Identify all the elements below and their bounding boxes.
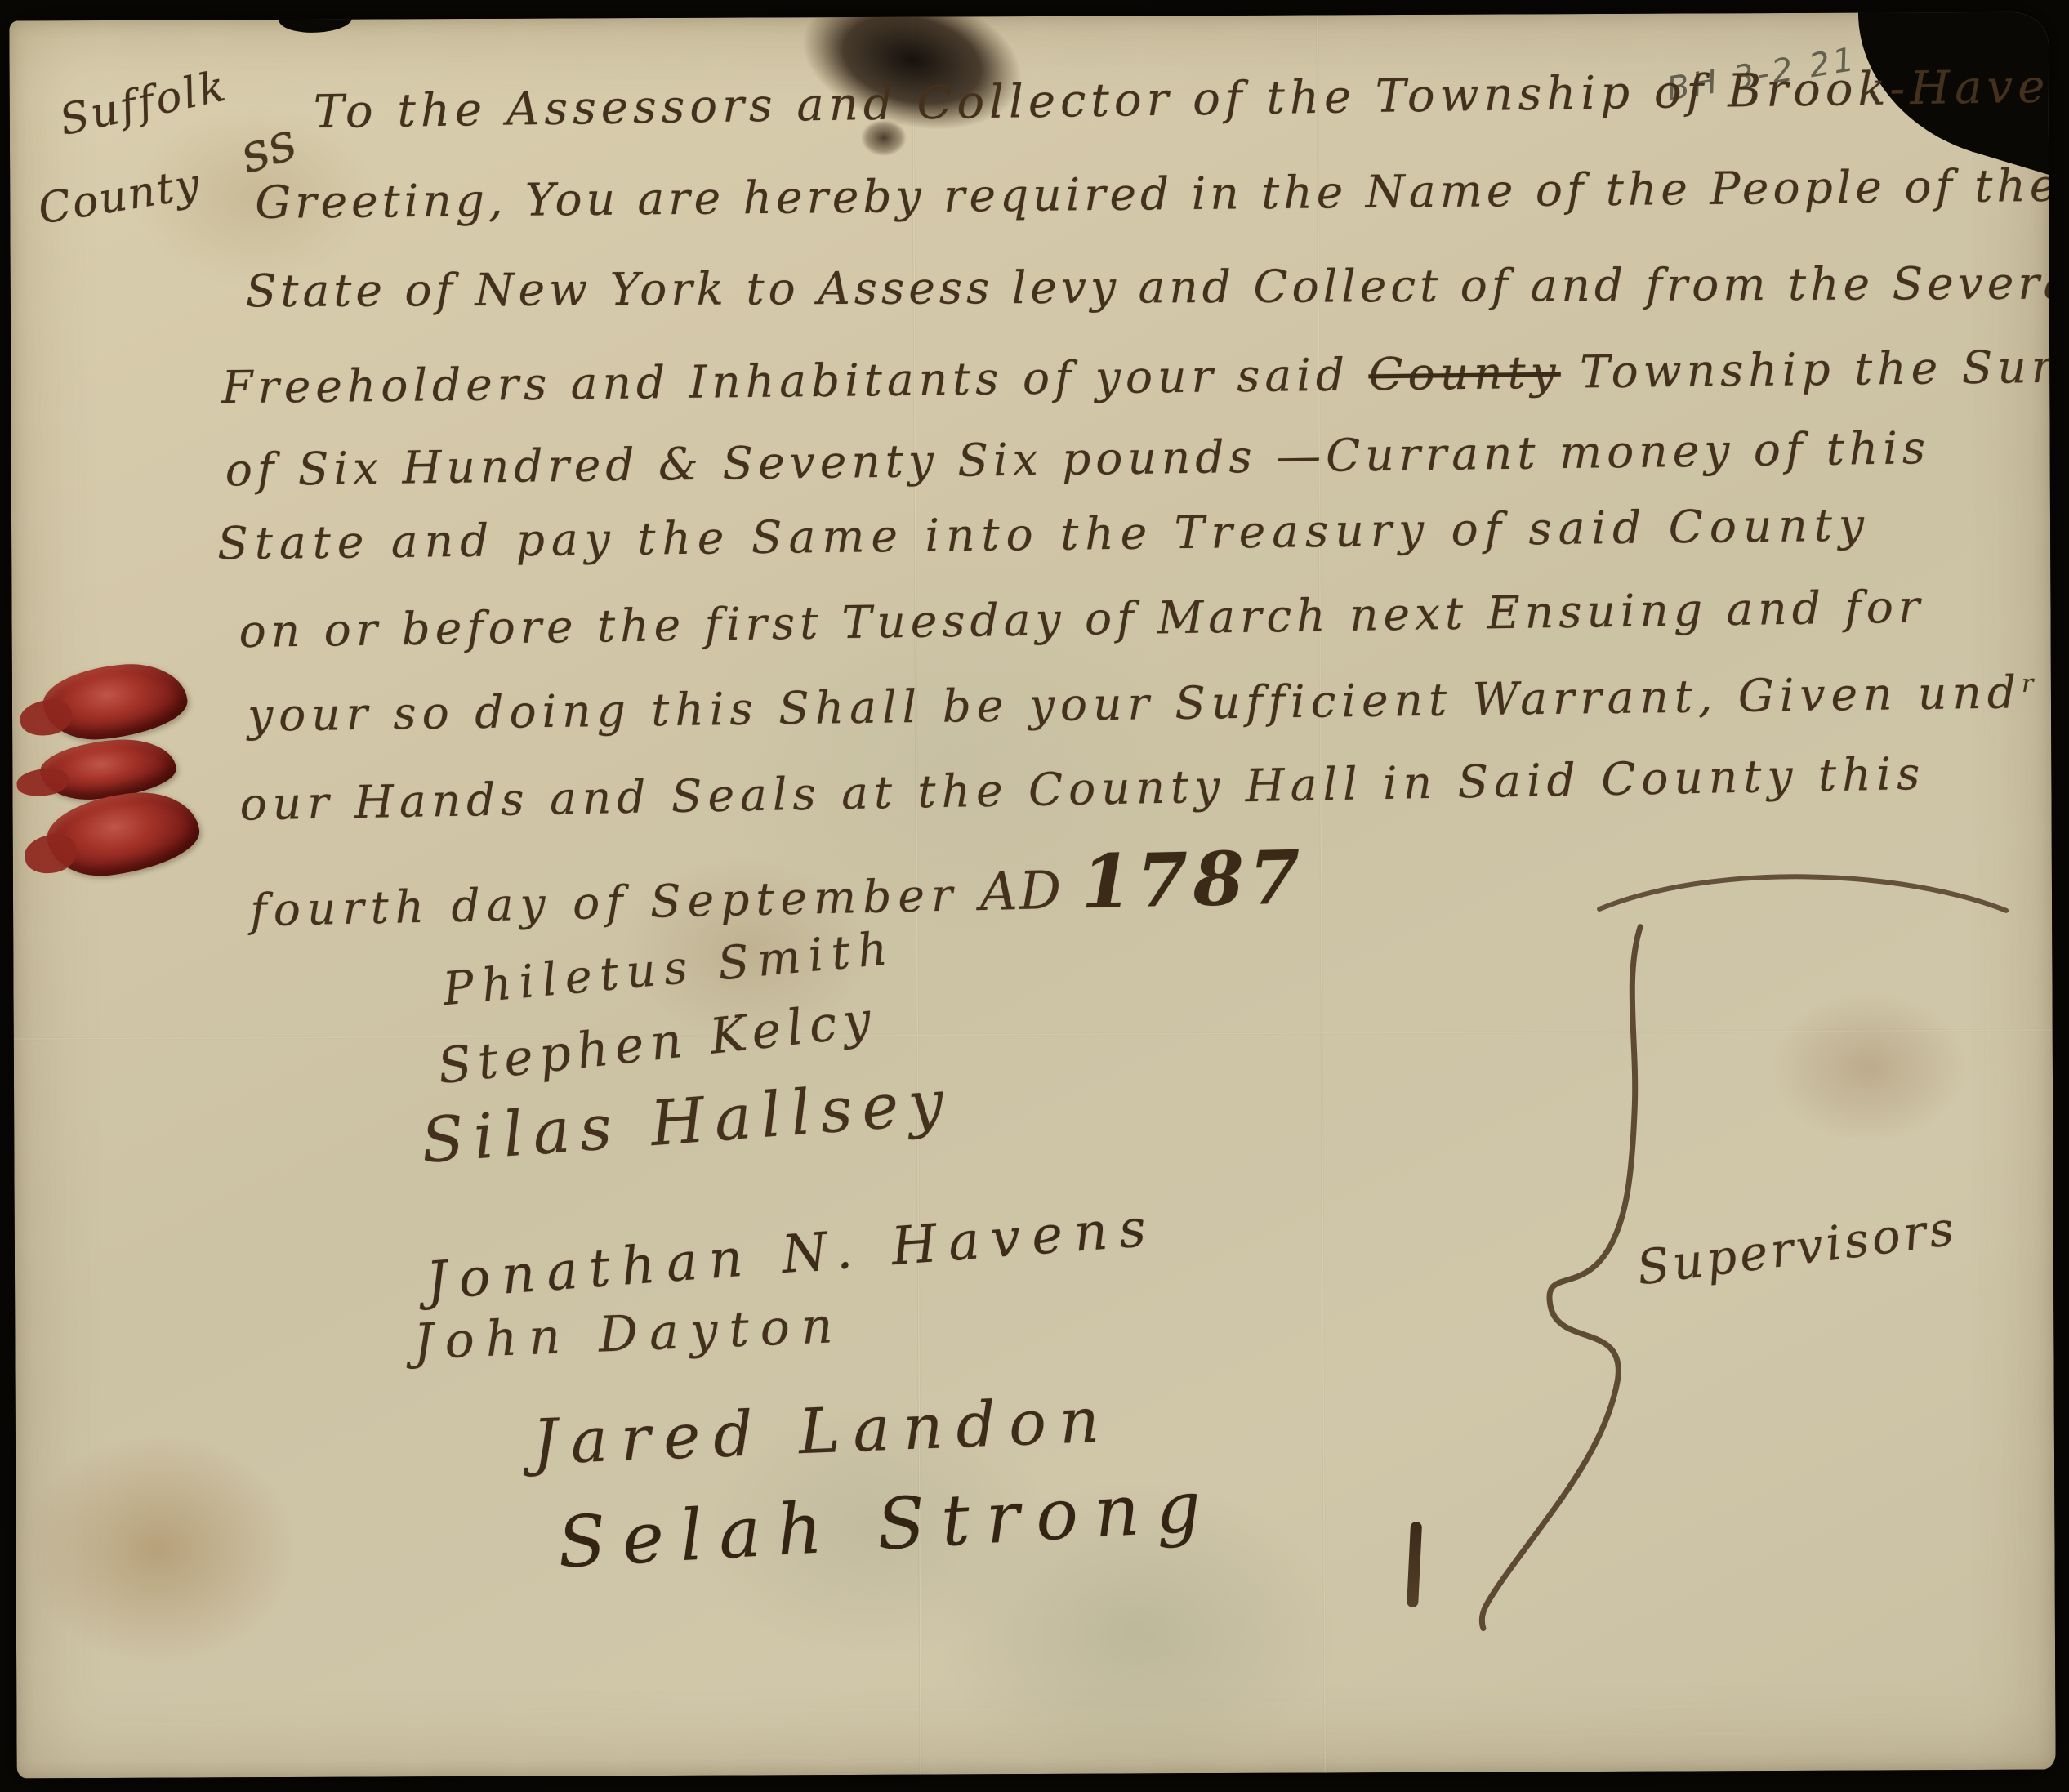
document-paper: BH 3-2 21 Suffolk County ss To the Asses… [9,12,2055,1779]
signature: Selah Strong [555,1465,1219,1585]
margin-county-name-line2: County [35,159,204,234]
line4-text-after: Township the Sum [1560,340,2055,398]
wax-seal [40,658,191,746]
document-line: our Hands and Seals at the County Hall i… [239,747,1926,831]
ink-mark [1407,1522,1422,1608]
superscript-r: r [2022,670,2040,698]
signature: Jared Landon [531,1383,1113,1478]
pen-flourish-bracket [1418,912,1764,1665]
document-line: of Six Hundred & Seventy Six pounds —Cur… [225,421,1930,496]
line8-text: your so doing this Shall be your Suffici… [247,666,2022,741]
struck-out-word: County [1368,346,1561,401]
document-date-line: fourth day of September AD 1787 [249,834,1306,943]
anno-domini: AD [979,860,1081,923]
document-line: Freeholders and Inhabitants of your said… [221,340,2056,413]
pen-flourish-swash [1590,850,2023,958]
year-1787: 1787 [1080,834,1306,925]
scan-background: { "archival_note": "BH 3-2 21", "margin"… [0,0,2069,1792]
document-line: State of New York to Assess levy and Col… [246,256,2056,317]
document-line: To the Assessors and Collector of the To… [313,60,2055,139]
line4-text: Freeholders and Inhabitants of your said [221,348,1369,413]
document-line: on or before the first Tuesday of March … [239,580,1924,658]
document-line: Greeting, You are hereby required in the… [255,159,2056,229]
document-line: your so doing this Shall be your Suffici… [247,666,2040,742]
torn-edge-nick [278,12,353,35]
document-line: State and pay the Same into the Treasury… [217,498,1871,569]
margin-ss-abbreviation: ss [232,109,304,185]
signature: Jonathan N. Havens [424,1197,1159,1312]
wax-seal [42,784,204,884]
margin-county-name-line1: Suffolk [56,61,232,145]
